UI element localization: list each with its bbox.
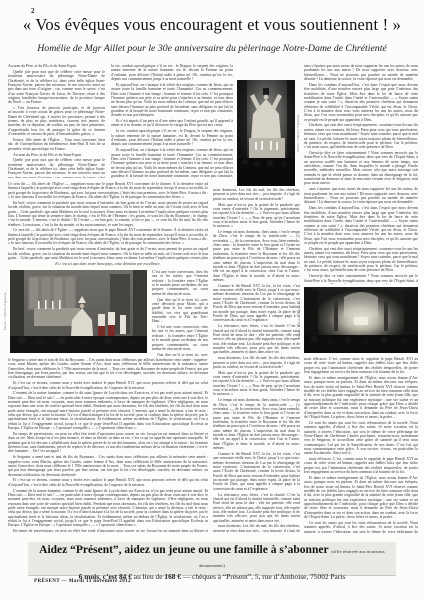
text-column-right: sans s’épuiser que nous avons de nous su… xyxy=(304,64,418,284)
text-column-2: la vie, combat apocalyptique s’il en est… xyxy=(111,64,233,178)
photo-nave xyxy=(304,287,418,353)
article-headline: « Vos évêques vous encouragent et vous s… xyxy=(0,15,424,35)
text-column-right-lower: mais efficaces. C’est, comme nous le rap… xyxy=(304,357,418,533)
photo-credit-right: Photo : Olivier Figueras xyxy=(297,287,304,353)
page-number: 2 xyxy=(31,7,35,15)
photo-credit-left: Photo : Olivier Figueras xyxy=(3,270,10,353)
newspaper-dateline: PRÉSENT — Mardi 13 novembre 2012 xyxy=(34,578,131,584)
text-wrap-column: C’est une vraie conversion, chez les uns… xyxy=(152,270,208,356)
pull-line-italic: Et c’est ici que dans notre beau pays, c… xyxy=(8,262,208,266)
text-wide-top: Ce sera dit — fils aînés de l’Église —, … xyxy=(8,182,208,260)
photo-elevation-image xyxy=(237,80,295,186)
photo-sanctuary xyxy=(10,270,147,353)
article-subtitle: Homélie de Mgr Aillet pour le 30e annive… xyxy=(0,43,424,54)
photo-elevation xyxy=(237,80,295,186)
photo-credit-center: Photo : Olivier Figueras xyxy=(296,80,303,186)
text-column-1: Au nom du Père, et du Fils et du Saint-E… xyxy=(8,64,105,178)
photo-nave-image xyxy=(304,287,418,353)
photo-sanctuary-image xyxy=(10,270,147,353)
newspaper-page: 2 « Vos évêques vous encouragent et vous… xyxy=(0,0,424,600)
text-column-middle: nous dormions. Les fils du mal, les fils… xyxy=(213,188,300,532)
text-wide-bottom: le Seigneur a semé tant et tant de fils … xyxy=(8,358,208,532)
subscription-ad: Aidez “Présent”, aidez un jeune ou une f… xyxy=(28,542,396,576)
ad-headline: Aidez “Présent”, aidez un jeune ou une f… xyxy=(28,544,396,572)
